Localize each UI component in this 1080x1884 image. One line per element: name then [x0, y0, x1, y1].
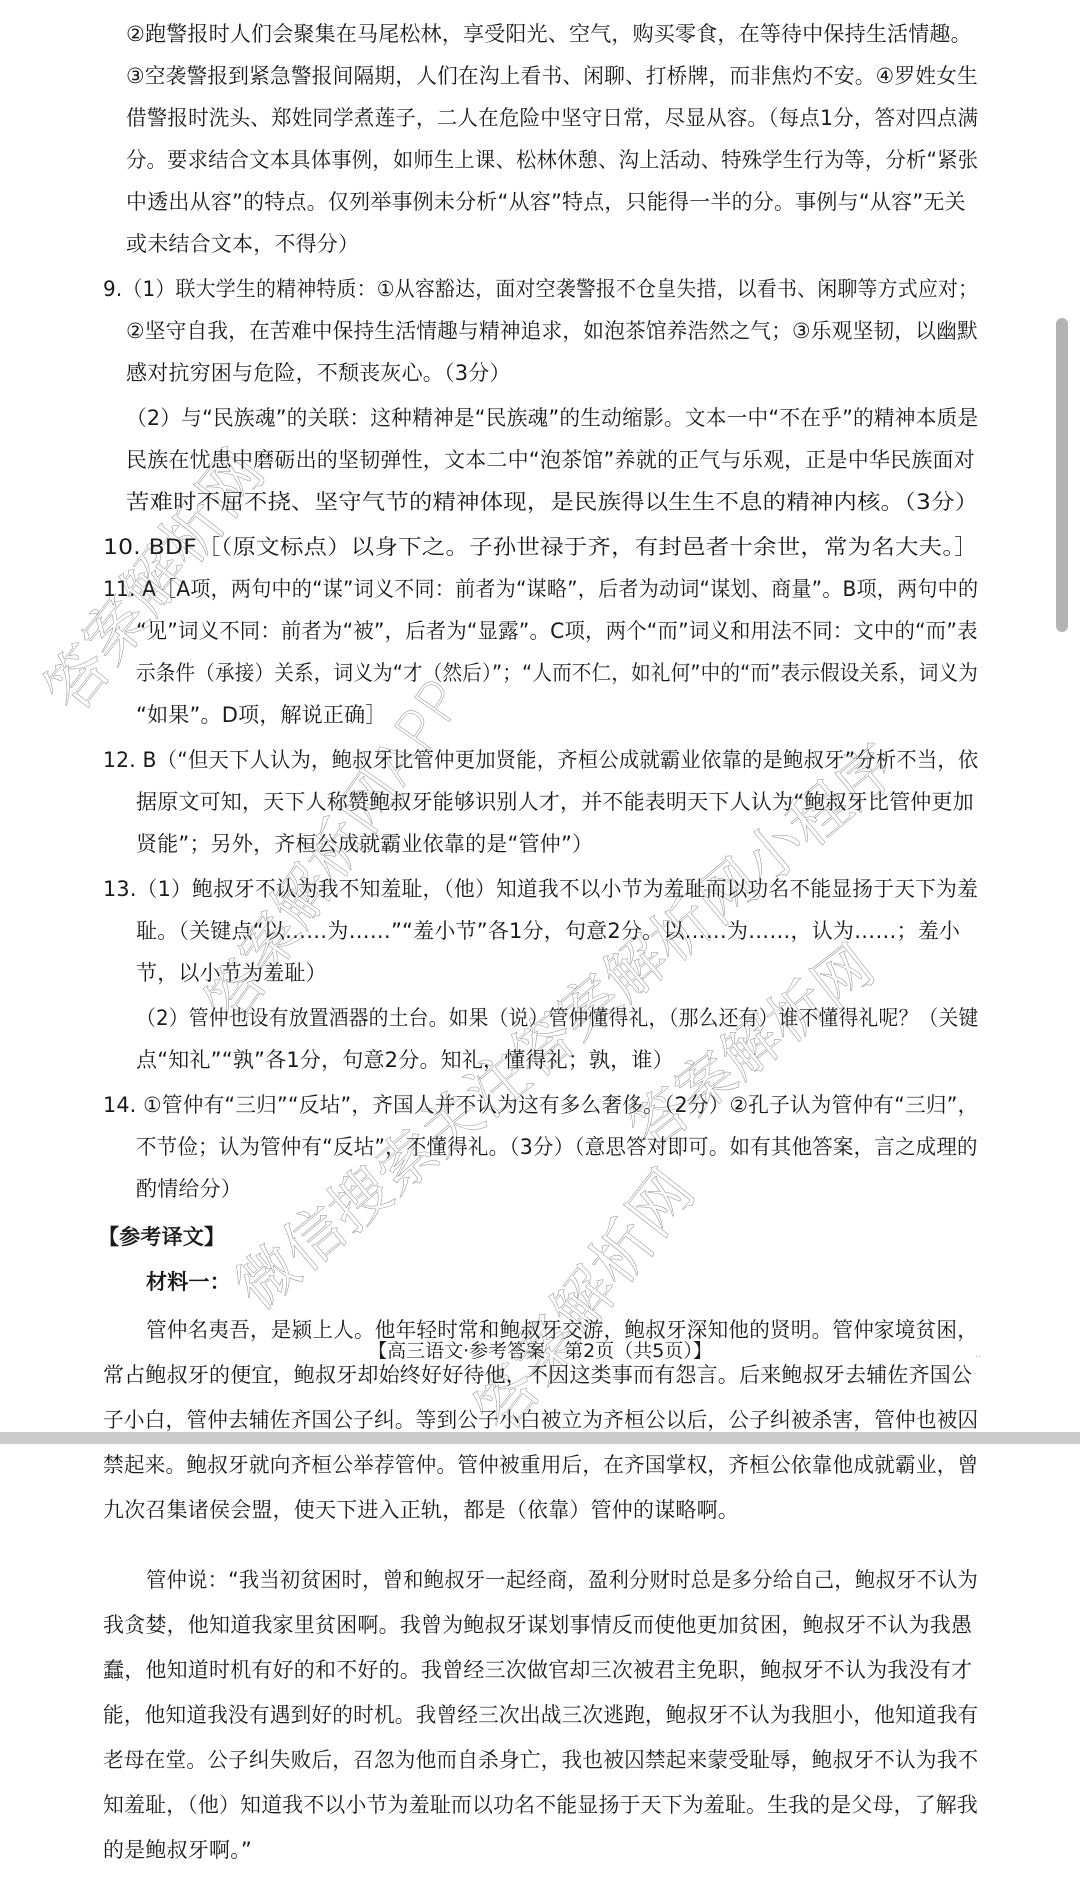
answer-line: 9.（1）联大学生的精神特质：①从容豁达，面对空袭警报不仓皇失措，以看书、闲聊等…: [103, 275, 978, 303]
answer-line: “如果”。D项，解说正确］: [136, 701, 387, 729]
corner-marks: ··: [975, 1352, 981, 1363]
answer-line: 11. A［A项，两句中的“谋”词义不同：前者为“谋略”，后者为动词“谋划、商量…: [103, 575, 978, 603]
answer-line: ②跑警报时人们会聚集在马尾松林，享受阳光、空气，购买零食，在等待中保持生活情趣。: [126, 20, 972, 48]
vertical-scrollbar[interactable]: [1056, 318, 1068, 632]
answer-line: 10. BDF［（原文标点）以身下之。子孙世禄于齐，有封邑者十余世，常为名大夫。…: [103, 533, 978, 561]
answer-line: 节，以小节为羞耻）: [136, 959, 327, 987]
answer-line: 借警报时洗头、郑姓同学煮莲子，二人在危险中坚守日常，尽显从容。（每点1分，答对四…: [126, 104, 978, 132]
section-heading: 【参考译文】: [98, 1223, 225, 1251]
answer-line: 或未结合文本，不得分）: [126, 230, 359, 258]
answer-line: ③空袭警报到紧急警报间隔期，人们在沟上看书、闲聊、打桥牌，而非焦灼不安。④罗姓女…: [126, 62, 978, 90]
answer-line: （2）与“民族魂”的关联：这种精神是“民族魂”的生动缩影。文本一中“不在乎”的精…: [126, 404, 978, 432]
answer-line: 苦难时不屈不挠、坚守气节的精神体现，是民族得以生生不息的精神内核。（3分）: [126, 488, 978, 516]
translation-line: 管仲说：“我当初贫困时，曾和鲍叔牙一起经商，盈利分财时总是多分给自己，鲍叔牙不认…: [146, 1566, 978, 1594]
translation-line: 老母在堂。公子纠失败后，召忽为他而自杀身亡，我也被囚禁起来蒙受耻辱，鲍叔牙不认为…: [103, 1746, 978, 1774]
answer-line: 示条件（承接）关系，词义为“才（然后）”；“人而不仁，如礼何”中的“而”表示假设…: [136, 659, 978, 687]
translation-line: 的是鲍叔牙啊。”: [103, 1836, 252, 1864]
translation-line: 九次召集诸侯会盟，使天下进入正轨，都是（依靠）管仲的谋略啊。: [103, 1496, 739, 1524]
answer-line: 贤能”；另外，齐桓公成就霸业依靠的是“管仲”）: [136, 830, 593, 858]
translation-line: 蠢，他知道时机有好的和不好的。我曾经三次做官却三次被君主免职，鲍叔牙不认为我没有…: [103, 1656, 972, 1684]
translation-line: 子小白，管仲去辅佐齐国公子纠。等到公子小白被立为齐桓公以后，公子纠被杀害，管仲也…: [103, 1406, 978, 1434]
answer-line: 耻。（关键点“以……为……”“羞小节”各1分，句意2分。以……为……，认为……；…: [136, 917, 960, 945]
translation-line: 禁起来。鲍叔牙就向齐桓公举荐管仲。管仲被重用后，在齐国掌权，齐桓公依靠他成就霸业…: [103, 1451, 978, 1479]
answer-line: （2）管仲也设有放置酒器的土台。如果（说）管仲懂得礼，（那么还有）谁不懂得礼呢？…: [136, 1004, 978, 1032]
answer-line: 14. ①管仲有“三归”“反坫”，齐国人并不认为这有多么奢侈。（2分）②孔子认为…: [103, 1091, 978, 1119]
translation-line: 能，他知道我没有遇到好的时机。我曾经三次出战三次逃跑，鲍叔牙不认为我胆小，他知道…: [103, 1701, 978, 1729]
answer-line: 不节俭；认为管仲有“反坫”，不懂得礼。（3分）（意思答对即可。如有其他答案，言之…: [136, 1133, 978, 1161]
translation-line: 我贪婪，他知道我家里贫困啊。我曾为鲍叔牙谋划事情反而使他更加贫困，鲍叔牙不认为我…: [103, 1611, 972, 1639]
answer-line: “见”词义不同：前者为“被”，后者为“显露”。C项，两个“而”词义和用法不同：文…: [136, 617, 978, 645]
sub-heading: 材料一：: [146, 1268, 231, 1296]
answer-line: 民族在忧患中磨砺出的坚韧弹性，文本二中“泡茶馆”养就的正气与乐观，正是中华民族面…: [126, 446, 975, 474]
answer-line: 酌情给分）: [136, 1175, 242, 1203]
answer-line: 分。要求结合文本具体事例，如师生上课、松林休憩、沟上活动、特殊学生行为等，分析“…: [126, 146, 978, 174]
answer-line: 感对抗穷困与危险，不颓丧灰心。（3分）: [126, 359, 511, 387]
answer-line: ②坚守自我，在苦难中保持生活情趣与精神追求，如泡茶馆养浩然之气；③乐观坚韧，以幽…: [126, 317, 978, 345]
answer-line: 中透出从容”的特点。仅列举事例未分析“从容”特点，只能得一半的分。事例与“从容”…: [126, 188, 966, 216]
answer-line: 据原文可知，天下人称赞鲍叔牙能够识别人才，并不能表明天下人认为“鲍叔牙比管仲更加: [136, 788, 974, 816]
answer-line: 13.（1）鲍叔牙不认为我不知羞耻，（他）知道我不以小节为羞耻而以功名不能显扬于…: [103, 875, 978, 903]
answer-line: 点“知礼”“孰”各1分，句意2分。知礼，懂得礼；孰，谁）: [136, 1046, 674, 1074]
translation-line: 知羞耻，（他）知道我不以小节为羞耻而以功名不能显扬于天下为羞耻。生我的是父母，了…: [103, 1791, 978, 1819]
answer-line: 12. B（“但天下人认为，鲍叔牙比管仲更加贤能，齐桓公成就霸业依靠的是鲍叔牙”…: [103, 746, 978, 774]
page-footer: 【高三语文·参考答案 第2页（共5页）】: [0, 1336, 1080, 1363]
translation-line: 常占鲍叔牙的便宜，鲍叔牙却始终好好待他，不因这类事而有怨言。后来鲍叔牙去辅佐齐国…: [103, 1361, 972, 1389]
